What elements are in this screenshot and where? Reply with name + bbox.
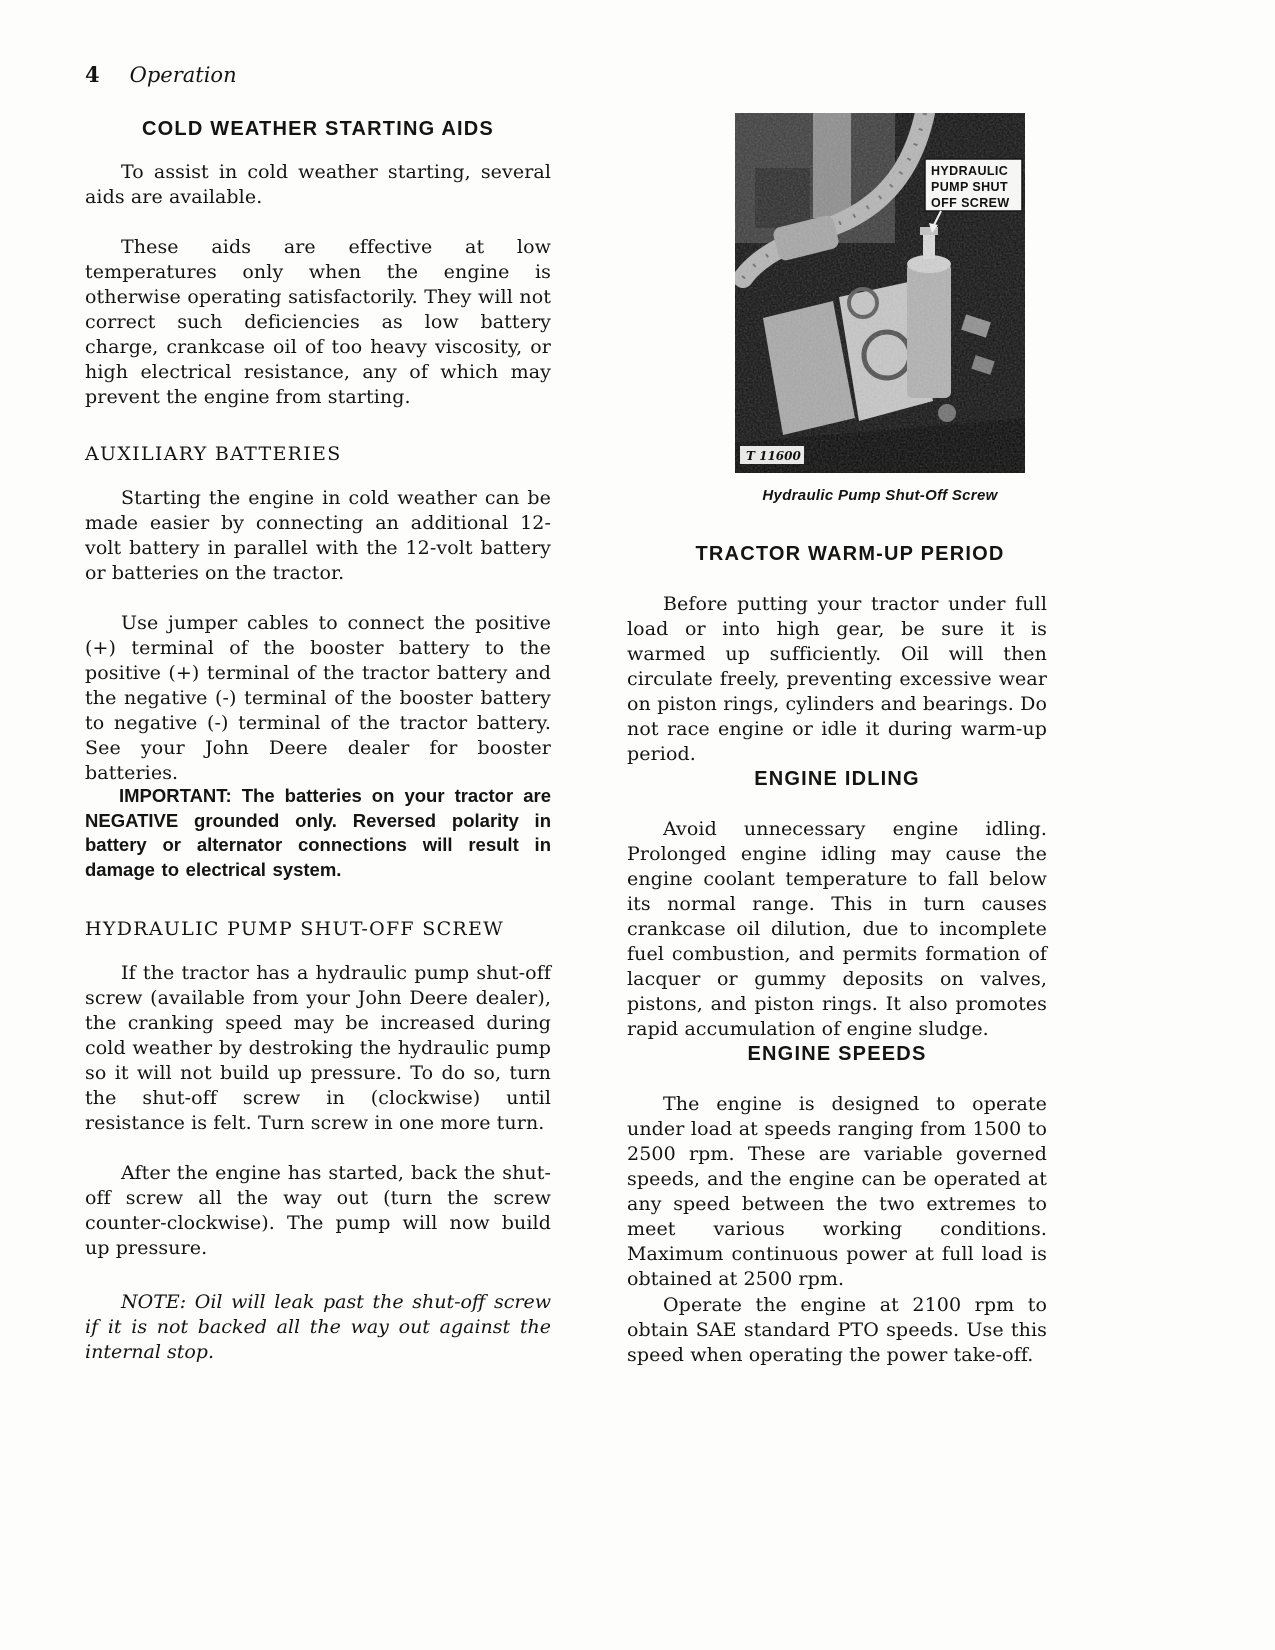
heading-hydraulic-pump-shut-off-screw: HYDRAULIC PUMP SHUT-OFF SCREW: [85, 918, 504, 940]
paragraph-jumper-cables: Use jumper cables to connect the positiv…: [85, 611, 551, 786]
page-number: 4: [85, 62, 100, 87]
hydraulic-pump-photo: HYDRAULIC PUMP SHUT OFF SCREW T 11600: [735, 113, 1025, 473]
paragraph-note-oil-leak: NOTE: Oil will leak past the shut-off sc…: [85, 1290, 551, 1365]
paragraph-important-batteries: IMPORTANT: The batteries on your tractor…: [85, 784, 551, 882]
pump-label-line-1: HYDRAULIC: [931, 164, 1008, 178]
heading-engine-idling: ENGINE IDLING: [627, 768, 1047, 791]
paragraph-after-engine-started: After the engine has started, back the s…: [85, 1161, 551, 1261]
photo-caption: Hydraulic Pump Shut-Off Screw: [700, 487, 1060, 504]
paragraph-avoid-idling: Avoid unnecessary engine idling. Prolong…: [627, 817, 1047, 1042]
paragraph-if-tractor-has-screw: If the tractor has a hydraulic pump shut…: [85, 961, 551, 1136]
photo-id-tag: T 11600: [746, 449, 802, 463]
heading-cold-weather-starting-aids: COLD WEATHER STARTING AIDS: [85, 118, 551, 141]
heading-auxiliary-batteries: AUXILIARY BATTERIES: [85, 443, 342, 465]
manual-page: 4Operation COLD WEATHER STARTING AIDS To…: [0, 0, 1275, 1650]
paragraph-starting-engine: Starting the engine in cold weather can …: [85, 486, 551, 586]
hydraulic-pump-photo-image: HYDRAULIC PUMP SHUT OFF SCREW T 11600: [735, 113, 1025, 473]
paragraph-operate-2100rpm: Operate the engine at 2100 rpm to obtain…: [627, 1293, 1047, 1368]
pump-label-line-3: OFF SCREW: [931, 196, 1010, 210]
pump-label-line-2: PUMP SHUT: [931, 180, 1008, 194]
running-header: 4Operation: [85, 62, 237, 87]
paragraph-cold-weather-intro: To assist in cold weather starting, seve…: [85, 160, 551, 210]
heading-tractor-warm-up-period: TRACTOR WARM-UP PERIOD: [640, 543, 1060, 566]
paragraph-before-putting: Before putting your tractor under full l…: [627, 592, 1047, 767]
section-title: Operation: [130, 63, 237, 87]
paragraph-aids-effective: These aids are effective at low temperat…: [85, 235, 551, 410]
paragraph-engine-designed: The engine is designed to operate under …: [627, 1092, 1047, 1292]
heading-engine-speeds: ENGINE SPEEDS: [627, 1043, 1047, 1066]
